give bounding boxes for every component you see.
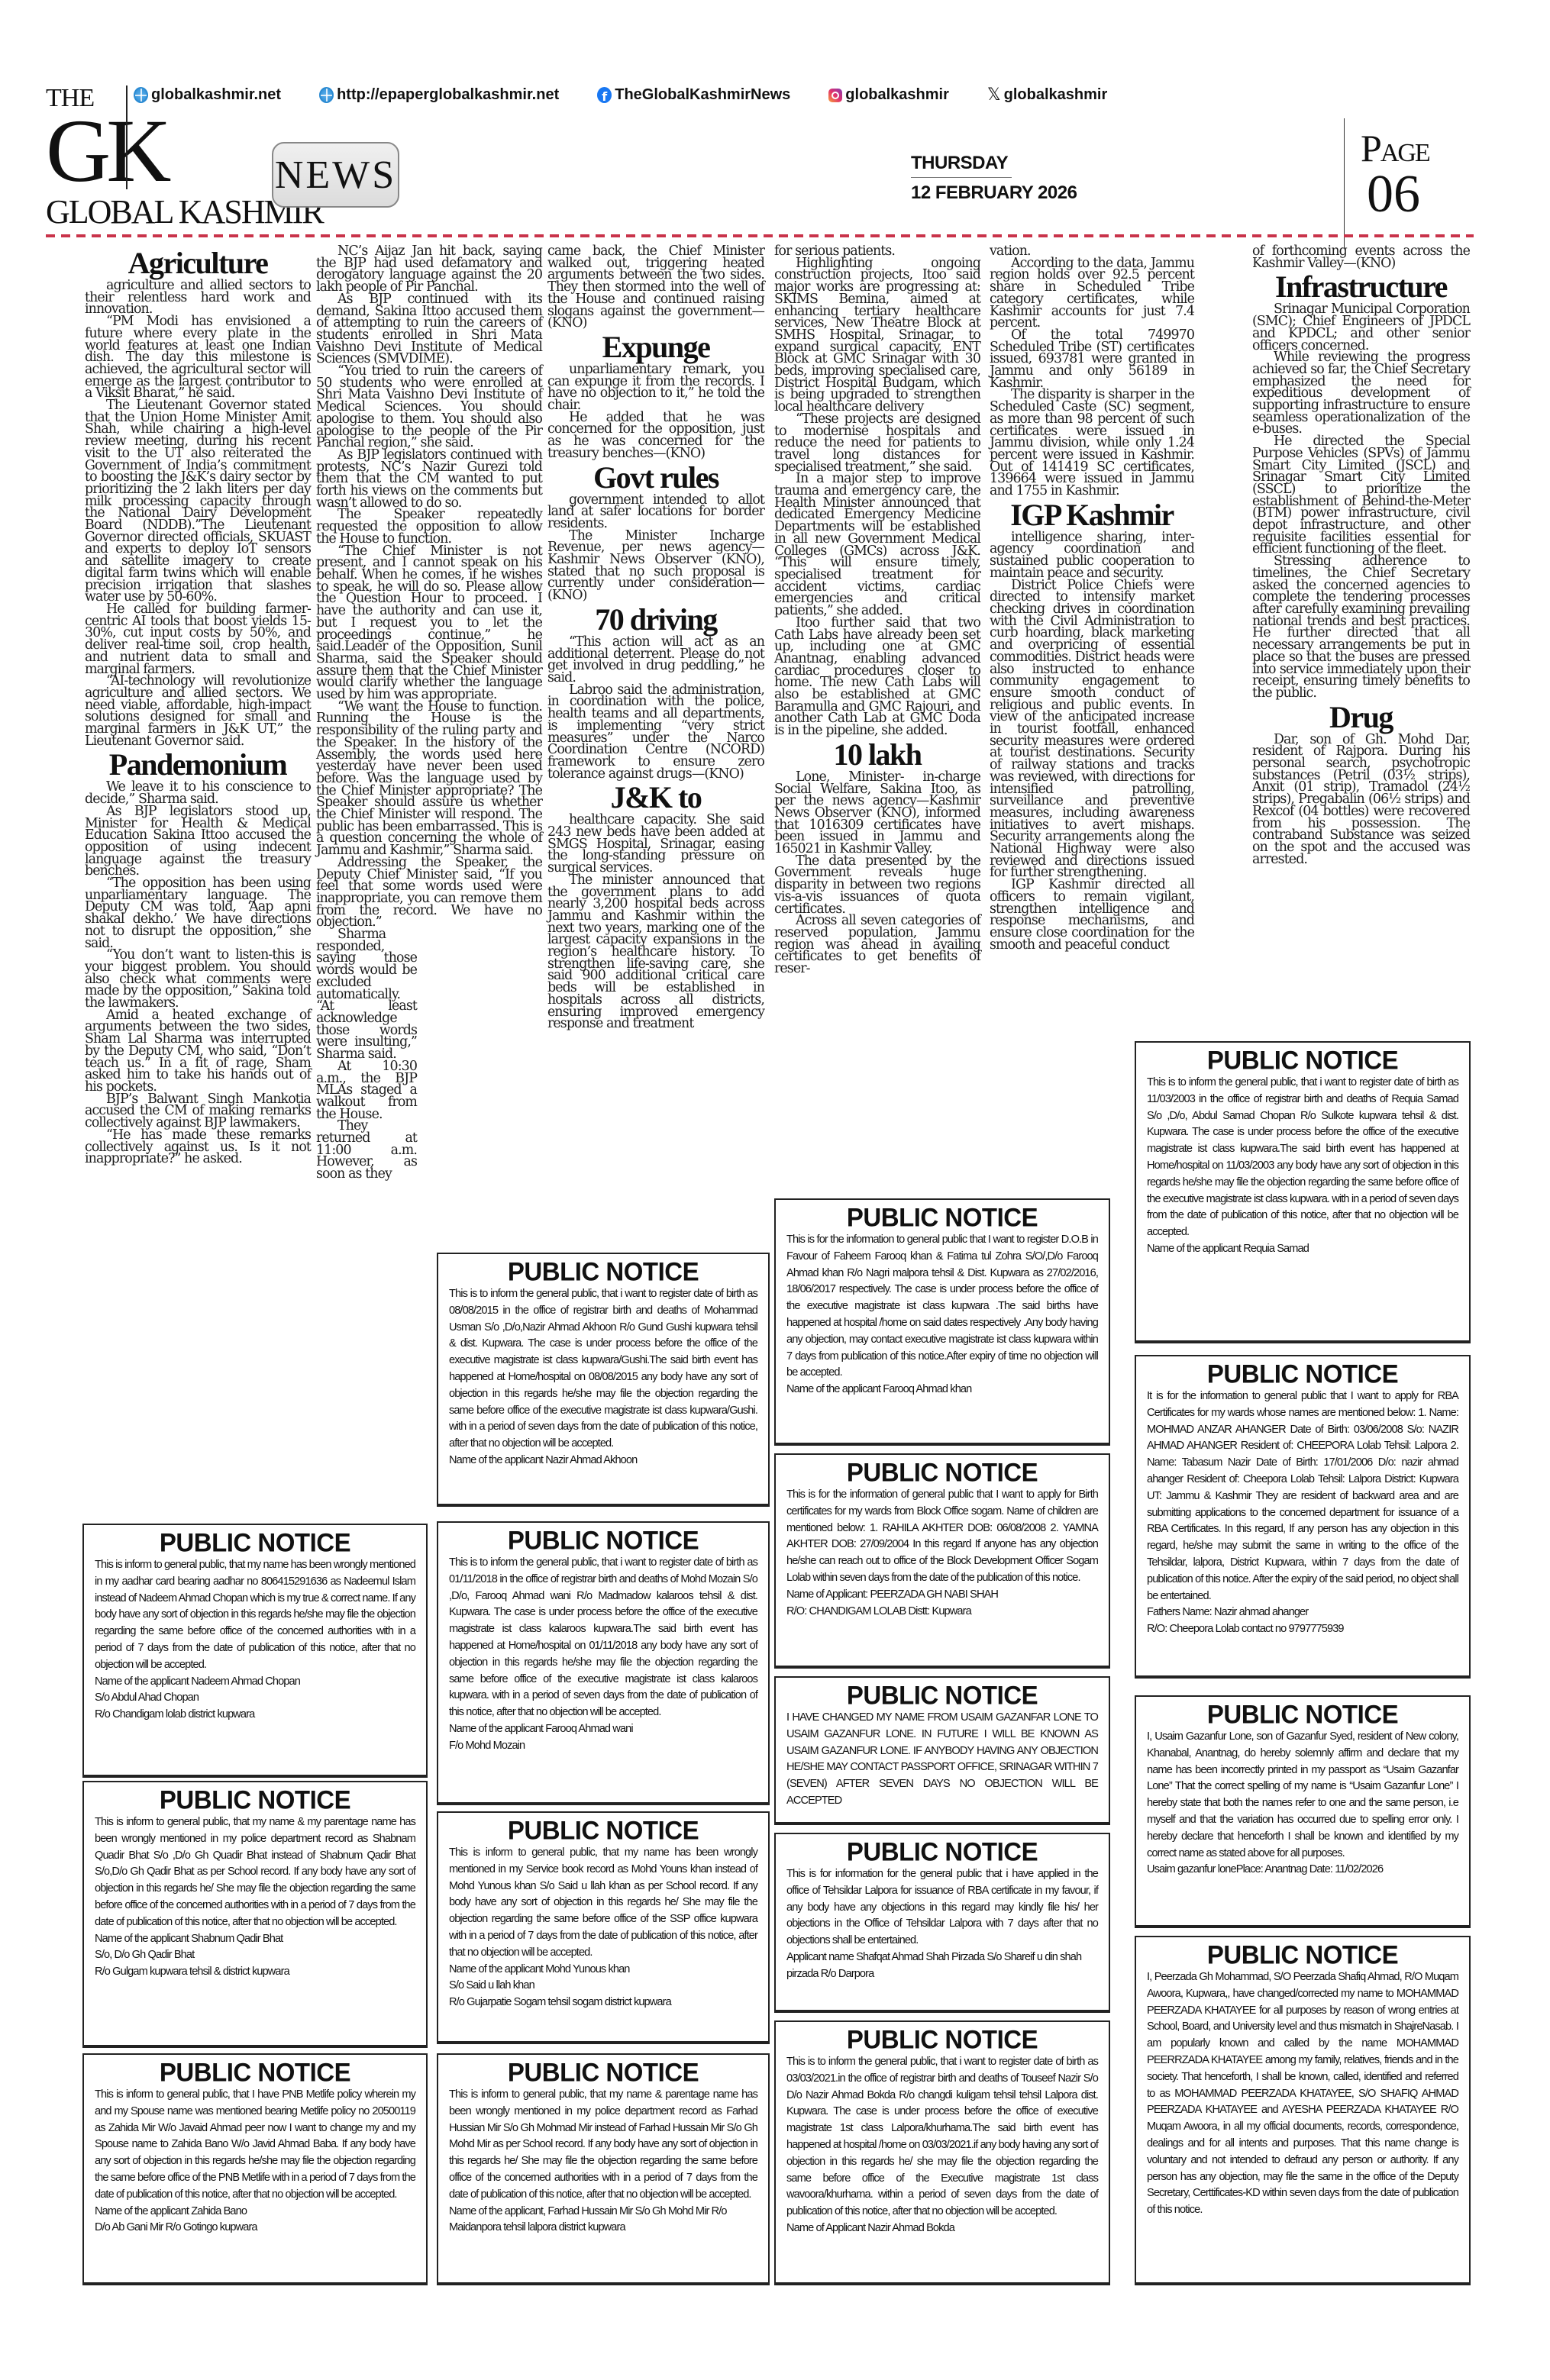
masthead: THE GK GLOBAL KASHMIR globalkashmir.net … [46,84,1474,237]
notice-applicant: Name of the applicant Mohd Yunous khan [449,1962,757,1978]
paragraph: Itoo further said that two Cath Labs hav… [774,618,980,737]
logo-divider [126,85,128,189]
subhead-igp-kashmir: IGP Kashmir [990,500,1194,531]
social-facebook[interactable]: f TheGlobalKashmirNews [597,86,790,104]
paragraph: As BJP continued with its demand, Sakina… [316,294,542,366]
paragraph: “AI-technology will revolutionize agricu… [85,676,311,747]
paragraph: District Police Chiefs were directed to … [990,580,1194,880]
paragraph: They returned at 11:00 a.m. However, as … [316,1121,417,1181]
subhead-jk-to: J&K to [547,782,764,813]
notice-applicant: Name of Applicant Nazir Ahmad Bokda [786,2220,1098,2237]
paragraph: Of the total 749970 Scheduled Tribe (ST)… [990,330,1194,390]
paragraph: As BJP legislators stood up, Minister fo… [85,806,311,878]
article-column-5: vation. According to the data, Jammu reg… [990,246,1194,951]
notice-applicant: Name of the applicant Farooq Ahmad khan [786,1382,1098,1398]
paragraph: The data presented by the Government rev… [774,856,980,916]
public-notice-usman-dob: PUBLIC NOTICE This is to inform the gene… [437,1253,770,1507]
paragraph: Addressing the Speaker, the Deputy Chief… [316,857,542,929]
article-column-4: for serious patients. Highlighting ongoi… [774,246,980,976]
paragraph: Labroo said the administration, in coord… [547,685,764,781]
notice-body: I HAVE CHANGED MY NAME FROM USAIM GAZANF… [786,1710,1098,1810]
subhead-70-driving: 70 driving [547,605,764,635]
social-x[interactable]: 𝕏 globalkashmir [987,85,1107,105]
notice-applicant-address: D/o Ab Gani Mir R/o Gotingo kupwara [95,2220,415,2236]
notice-applicant: Name of the applicant Farooq Ahmad wani [449,1721,757,1738]
instagram-icon [828,89,842,102]
notice-applicant-parent: S/o Abdul Ahad Chopan [95,1690,415,1707]
social-links: globalkashmir.net http://epaperglobalkas… [134,85,1145,105]
notice-body: I, Usaim Gazanfur Lone, son of Gazanfur … [1147,1729,1458,1862]
notice-title: PUBLIC NOTICE [1147,1360,1458,1388]
paragraph: NC’s Aijaz Jan hit back, saying the BJP … [316,246,542,294]
narrow-wrap: Sharma responded, saying those words wou… [316,929,417,1181]
issue-weekday: THURSDAY [911,153,1012,178]
paragraph: The Speaker repeatedly requested the opp… [316,509,542,545]
subhead-10-lakh: 10 lakh [774,740,980,770]
notice-body: This is inform to general public, that m… [449,2087,757,2204]
public-notice-nadeem-aadhar: PUBLIC NOTICE This is inform to general … [82,1524,428,1778]
paragraph: healthcare capacity. She said 243 new be… [547,814,764,875]
paragraph: Lone, Minister- in-charge Social Welfare… [774,772,980,856]
article-column-2: NC’s Aijaz Jan hit back, saying the BJP … [316,246,542,1181]
public-notice-peerzada-name-change: PUBLIC NOTICE I, Peerzada Gh Mohammad, S… [1135,1936,1471,2285]
page-number: 06 [1367,170,1429,219]
notice-applicant-address: R/o Gulgam kupwara tehsil & district kup… [95,1964,415,1981]
masthead-dashed-rule [46,234,1474,237]
public-notice-zahida-metlife: PUBLIC NOTICE This is inform to general … [82,2053,428,2285]
social-website[interactable]: globalkashmir.net [134,86,281,104]
paragraph: government intended to allot land at saf… [547,495,764,531]
article-column-1: Agriculture agriculture and allied secto… [85,246,311,1166]
notice-contact: R/O: Cheepora Lolab contact no 979777593… [1147,1621,1458,1638]
x-icon: 𝕏 [987,85,1001,105]
subhead-drug: Drug [1252,702,1470,733]
paragraph: Srinagar Municipal Corporation (SMC); Ch… [1252,304,1470,352]
notice-title: PUBLIC NOTICE [786,2026,1098,2053]
social-label: TheGlobalKashmirNews [615,86,790,104]
notice-applicant-parent: F/o Mohd Mozain [449,1738,757,1755]
paragraph: The minister announced that the governme… [547,875,764,1030]
notice-applicant: Name of the applicant Nazir Ahmad Akhoon [449,1453,757,1469]
notice-body: I, Peerzada Gh Mohammad, S/O Peerzada Sh… [1147,1969,1458,2219]
paragraph: “The Chief Minister is not present, and … [316,546,542,701]
paragraph: We leave it to his conscience to decide,… [85,782,311,805]
paragraph: The Minister Incharge Revenue, per news … [547,531,764,602]
notice-applicant-address: R/o Chandigam lolab district kupwara [95,1707,415,1724]
notice-applicant-parent: S/o Said u llah khan [449,1978,757,1995]
notice-body: This is inform to general public, that m… [95,1557,415,1674]
paragraph: Sharma responded, saying those words wou… [316,929,417,1061]
public-notice-rahila-birth: PUBLIC NOTICE This is for the informatio… [774,1453,1110,1669]
notice-title: PUBLIC NOTICE [449,2059,757,2086]
subhead-govt-rules: Govt rules [547,463,764,493]
public-notice-usaim-name-change: PUBLIC NOTICE I HAVE CHANGED MY NAME FRO… [774,1676,1110,1825]
logo-gk: GK [46,113,166,189]
paragraph: Amid a heated exchange of arguments betw… [85,1010,311,1094]
notice-father-name: Fathers Name: Nazir ahmad ahanger [1147,1604,1458,1621]
notice-title: PUBLIC NOTICE [1147,1941,1458,1969]
notice-title: PUBLIC NOTICE [95,1786,415,1814]
paragraph: intelligence sharing, inter-agency coord… [990,532,1194,580]
public-notice-touseef-dob: PUBLIC NOTICE This is to inform the gene… [774,2020,1110,2285]
notice-body: It is for the information to general pub… [1147,1388,1458,1604]
social-label: globalkashmir.net [151,86,281,104]
paragraph: “This action will act as an additional d… [547,637,764,685]
notice-body: This is inform to general public, that m… [95,1814,415,1931]
notice-title: PUBLIC NOTICE [95,1529,415,1556]
notice-title: PUBLIC NOTICE [95,2059,415,2086]
notice-body: This is to inform the general public, th… [449,1286,757,1453]
notice-applicant: Name of the applicant Nadeem Ahmad Chopa… [95,1674,415,1691]
notice-title: PUBLIC NOTICE [786,1459,1098,1486]
paragraph: He called for building farmer-centric AI… [85,604,311,676]
paragraph: Highlighting ongoing construction projec… [774,258,980,414]
subhead-agriculture: Agriculture [85,248,311,279]
globe-icon [319,87,334,103]
paragraph: of forthcoming events across the Kashmir… [1252,246,1470,269]
notice-title: PUBLIC NOTICE [786,1204,1098,1231]
notice-body: This is to inform the general public, th… [449,1555,757,1721]
notice-applicant: Name of the applicant Zahida Bano [95,2204,415,2220]
paragraph: While reviewing the progress achieved so… [1252,352,1470,436]
paragraph: “He has made these remarks collectively … [85,1130,311,1166]
section-badge-news: NEWS [272,142,399,208]
paragraph: The disparity is sharper in the Schedule… [990,389,1194,497]
paragraph: “You tried to ruin the careers of 50 stu… [316,366,542,450]
facebook-icon: f [597,87,612,103]
notice-title: PUBLIC NOTICE [1147,1701,1458,1728]
notice-title: PUBLIC NOTICE [786,1838,1098,1866]
paragraph: He added that he was concerned for the o… [547,412,764,460]
notice-body: This is to inform the general public, th… [786,2054,1098,2220]
notice-applicant-address: R/o Gujarpatie Sogam tehsil sogam distri… [449,1995,757,2011]
article-column-6: of forthcoming events across the Kashmir… [1252,246,1470,866]
paragraph: In a major step to improve trauma and em… [774,473,980,617]
notice-body: This is for information for the general … [786,1866,1098,1949]
paragraph: Stressing adherence to timelines, the Ch… [1252,556,1470,699]
notice-applicant-parent: S/o, D/o Gh Qadir Bhat [95,1947,415,1964]
page-divider [1344,118,1345,248]
notice-applicant: Name of the applicant, Farhad Hussain Mi… [449,2204,757,2237]
social-instagram[interactable]: globalkashmir [828,86,949,104]
notice-body: This is for the information of general p… [786,1487,1098,1587]
notice-body: This is to inform the general public, th… [1147,1075,1458,1241]
notice-title: PUBLIC NOTICE [449,1527,757,1554]
public-notice-mozain-dob: PUBLIC NOTICE This is to inform the gene… [437,1521,770,1805]
paragraph: As BJP legislators continued with protes… [316,450,542,510]
globe-icon [134,87,148,103]
paragraph: “The opposition has been using unparliam… [85,878,311,950]
social-label: http://epaperglobalkashmir.net [337,86,559,104]
paragraph: Dar, son of Gh. Mohd Dar, resident of Ra… [1252,734,1470,866]
public-notice-farhad-name: PUBLIC NOTICE This is inform to general … [437,2053,770,2285]
paragraph: unparliamentary remark, you can expunge … [547,364,764,412]
paragraph: At 10:30 a.m., the BJP MLAs staged a wal… [316,1061,417,1121]
notice-title: PUBLIC NOTICE [449,1817,757,1844]
social-label: globalkashmir [845,86,949,104]
subhead-infrastructure: Infrastructure [1252,272,1470,302]
notice-applicant: Name of the applicant Requia Samad [1147,1241,1458,1258]
paragraph: agriculture and allied sectors to their … [85,280,311,316]
public-notice-anzar-rba: PUBLIC NOTICE It is for the information … [1135,1355,1471,1679]
notice-applicant: Name of the applicant Shabnum Qadir Bhat [95,1931,415,1948]
notice-applicant: Applicant name Shafqat Ahmad Shah Pirzad… [786,1949,1098,1983]
social-epaper[interactable]: http://epaperglobalkashmir.net [319,86,559,104]
social-label: globalkashmir [1004,86,1108,104]
notice-applicant-address: R/O: CHANDIGAM LOLAB Distt: Kupwara [786,1604,1098,1621]
notice-body: This is inform to general public, that I… [95,2087,415,2204]
page-indicator: PAGE 06 [1361,126,1429,219]
subhead-expunge: Expunge [547,332,764,363]
notice-title: PUBLIC NOTICE [449,1258,757,1285]
paragraph: He directed the Special Purpose Vehicles… [1252,436,1470,556]
public-notice-usaim-affirmation: PUBLIC NOTICE I, Usaim Gazanfur Lone, so… [1135,1695,1471,1928]
paragraph: “You don’t want to listen-this is your b… [85,950,311,1010]
notice-title: PUBLIC NOTICE [786,1682,1098,1709]
notice-title: PUBLIC NOTICE [1147,1046,1458,1074]
paragraph: came back, the Chief Minister walked out… [547,246,764,330]
notice-applicant: Name of Applicant: PEERZADA GH NABI SHAH [786,1587,1098,1604]
public-notice-shabnum-name: PUBLIC NOTICE This is inform to general … [82,1781,428,2048]
public-notice-faheem-dob: PUBLIC NOTICE This is for the informatio… [774,1198,1110,1446]
paragraph: “These projects are designed to modernis… [774,414,980,474]
paragraph: The Lieutenant Governor stated that the … [85,400,311,604]
paragraph: Across all seven categories of reserved … [774,915,980,976]
public-notice-yunous-name: PUBLIC NOTICE This is inform to general … [437,1811,770,2044]
notice-signature: Usaim gazanfur lonePlace: Anantnag Date:… [1147,1862,1458,1879]
page-word: PAGE [1361,126,1429,170]
article-column-3: came back, the Chief Minister walked out… [547,246,764,1030]
paragraph: According to the data, Jammu region hold… [990,258,1194,330]
paragraph: “PM Modi has envisioned a future where e… [85,316,311,400]
public-notice-shafqat-rba: PUBLIC NOTICE This is for information fo… [774,1833,1110,2013]
notice-body: This is inform to general public, that m… [449,1845,757,1962]
notice-body: This is for the information to general p… [786,1232,1098,1382]
subhead-pandemonium: Pandemonium [85,750,311,780]
public-notice-requia-dob: PUBLIC NOTICE This is to inform the gene… [1135,1041,1471,1343]
paragraph: IGP Kashmir directed all officers to rem… [990,879,1194,951]
paragraph: BJP’s Balwant Singh Mankotia accused the… [85,1094,311,1130]
issue-full-date: 12 FEBRUARY 2026 [911,182,1077,204]
paragraph: “We want the House to function. Running … [316,701,542,857]
issue-date: THURSDAY 12 FEBRUARY 2026 [911,153,1077,204]
